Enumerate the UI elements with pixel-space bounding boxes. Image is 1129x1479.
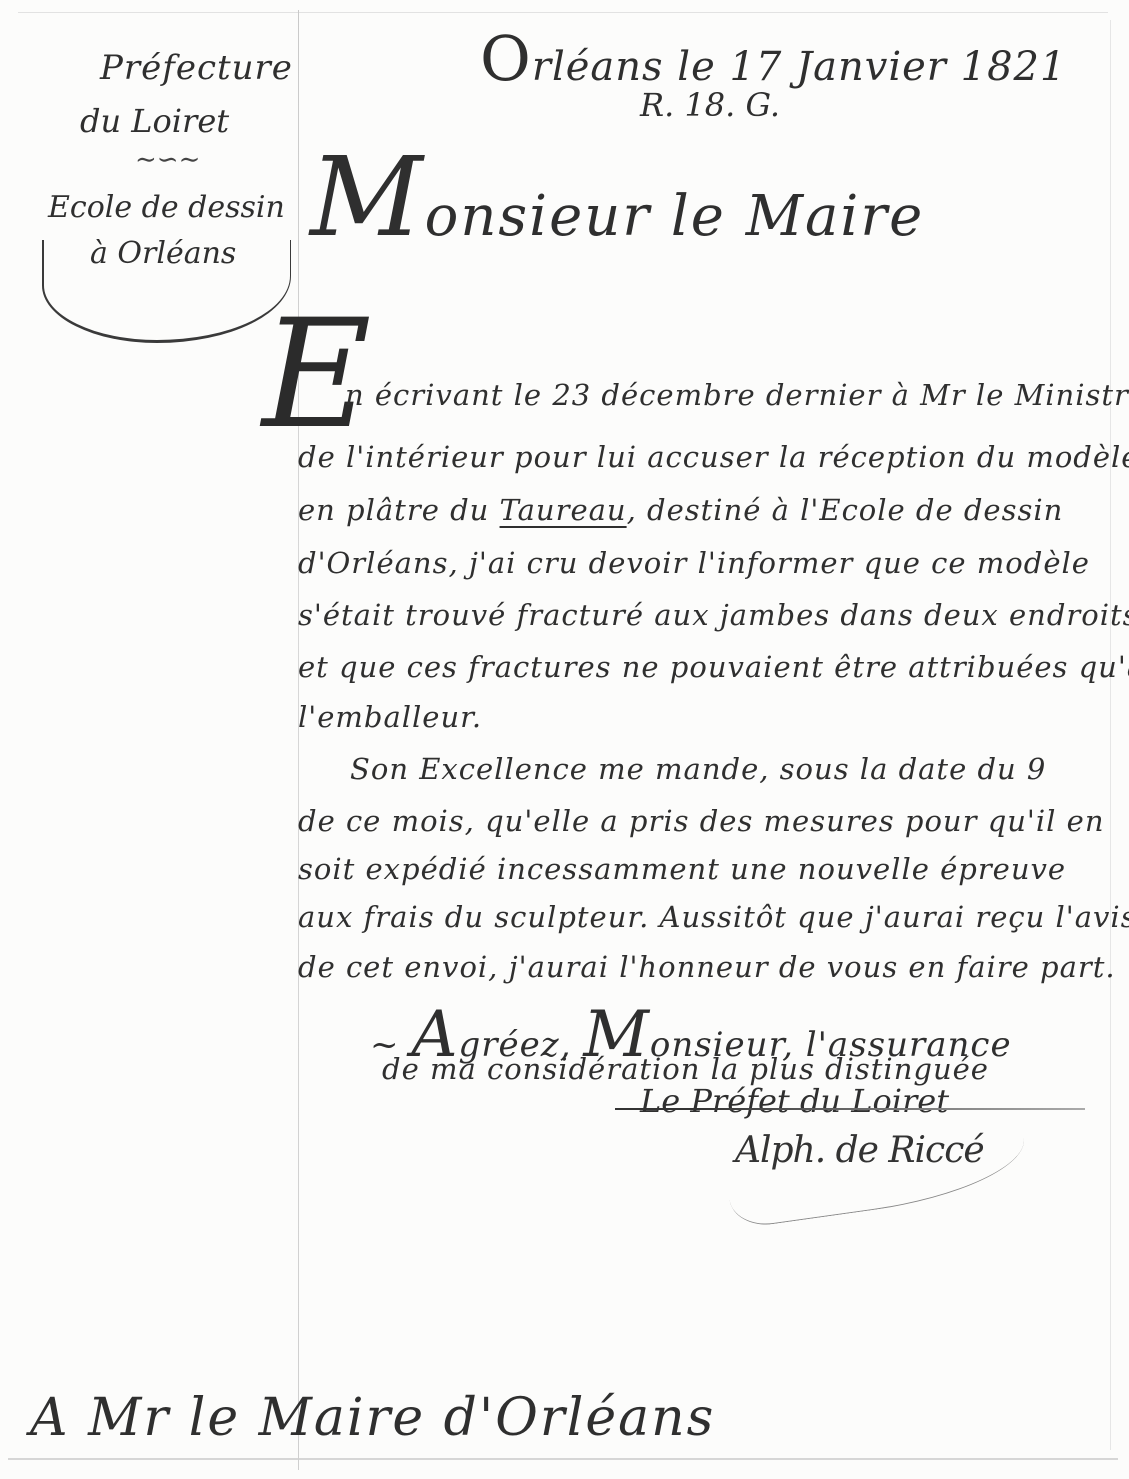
- body-line-4: d'Orléans, j'ai cru devoir l'informer qu…: [298, 546, 1090, 580]
- body-line-6: et que ces fractures ne pouvaient être a…: [298, 650, 1129, 684]
- letter-page: Préfecture du Loiret ∼∽∼ Ecole de dessin…: [0, 0, 1129, 1479]
- body-line-12: de cet envoi, j'aurai l'honneur de vous …: [298, 950, 1116, 984]
- letterhead-subject: Ecole de dessin: [48, 190, 285, 225]
- signatory-title: Le Préfet du Loiret: [640, 1082, 949, 1120]
- drop-cap-letter: E: [262, 300, 372, 450]
- body-line-11: aux frais du sculpteur. Aussitôt que j'a…: [298, 900, 1129, 934]
- salutation-initial: M: [310, 133, 425, 261]
- body-line-7: l'emballeur.: [298, 700, 482, 734]
- body-line-3-b: , destiné à l'Ecole de dessin: [627, 493, 1064, 527]
- body-line-3: en plâtre du Taureau, destiné à l'Ecole …: [298, 493, 1063, 527]
- letterhead-prefecture: Préfecture: [100, 48, 293, 88]
- letterhead-department: du Loiret: [80, 102, 229, 140]
- prefecture-letterhead: Préfecture du Loiret ∼∽∼ Ecole de dessin…: [40, 40, 290, 320]
- body-line-2: de l'intérieur pour lui accuser la récep…: [298, 440, 1129, 474]
- body-line-5: s'était trouvé fracturé aux jambes dans …: [298, 598, 1129, 632]
- body-line-10: soit expédié incessamment une nouvelle é…: [298, 852, 1066, 886]
- closing-consideration: de ma considération la plus distinguée: [382, 1052, 989, 1086]
- paper-edge-bottom: [8, 1458, 1118, 1460]
- margin-fold-line: [298, 10, 299, 1470]
- paper-edge-right: [1110, 20, 1111, 1450]
- body-line-9: de ce mois, qu'elle a pris des mesures p…: [298, 804, 1105, 838]
- signature-rule: [615, 1108, 1085, 1110]
- reference-number: R. 18. G.: [640, 86, 780, 124]
- date-place: rléans: [532, 44, 664, 90]
- paper-edge-top: [18, 12, 1108, 13]
- underlined-word-taureau: Taureau: [500, 493, 627, 527]
- letterhead-flourish-icon: ∼∽∼: [135, 145, 200, 175]
- date-text: le 17 Janvier 1821: [677, 44, 1066, 90]
- salutation: Monsieur le Maire: [310, 142, 924, 252]
- date-place-initial: O: [480, 22, 532, 95]
- salutation-text: onsieur le Maire: [425, 184, 925, 249]
- body-line-1: n écrivant le 23 décembre dernier à Mr l…: [345, 378, 1129, 412]
- body-line-3-a: en plâtre du: [298, 493, 489, 527]
- letter-date: Orléans le 17 Janvier 1821: [480, 22, 1066, 95]
- letterhead-brace-flourish: [42, 240, 291, 343]
- body-line-8: Son Excellence me mande, sous la date du…: [350, 752, 1046, 786]
- recipient-address: A Mr le Maire d'Orléans: [30, 1388, 715, 1448]
